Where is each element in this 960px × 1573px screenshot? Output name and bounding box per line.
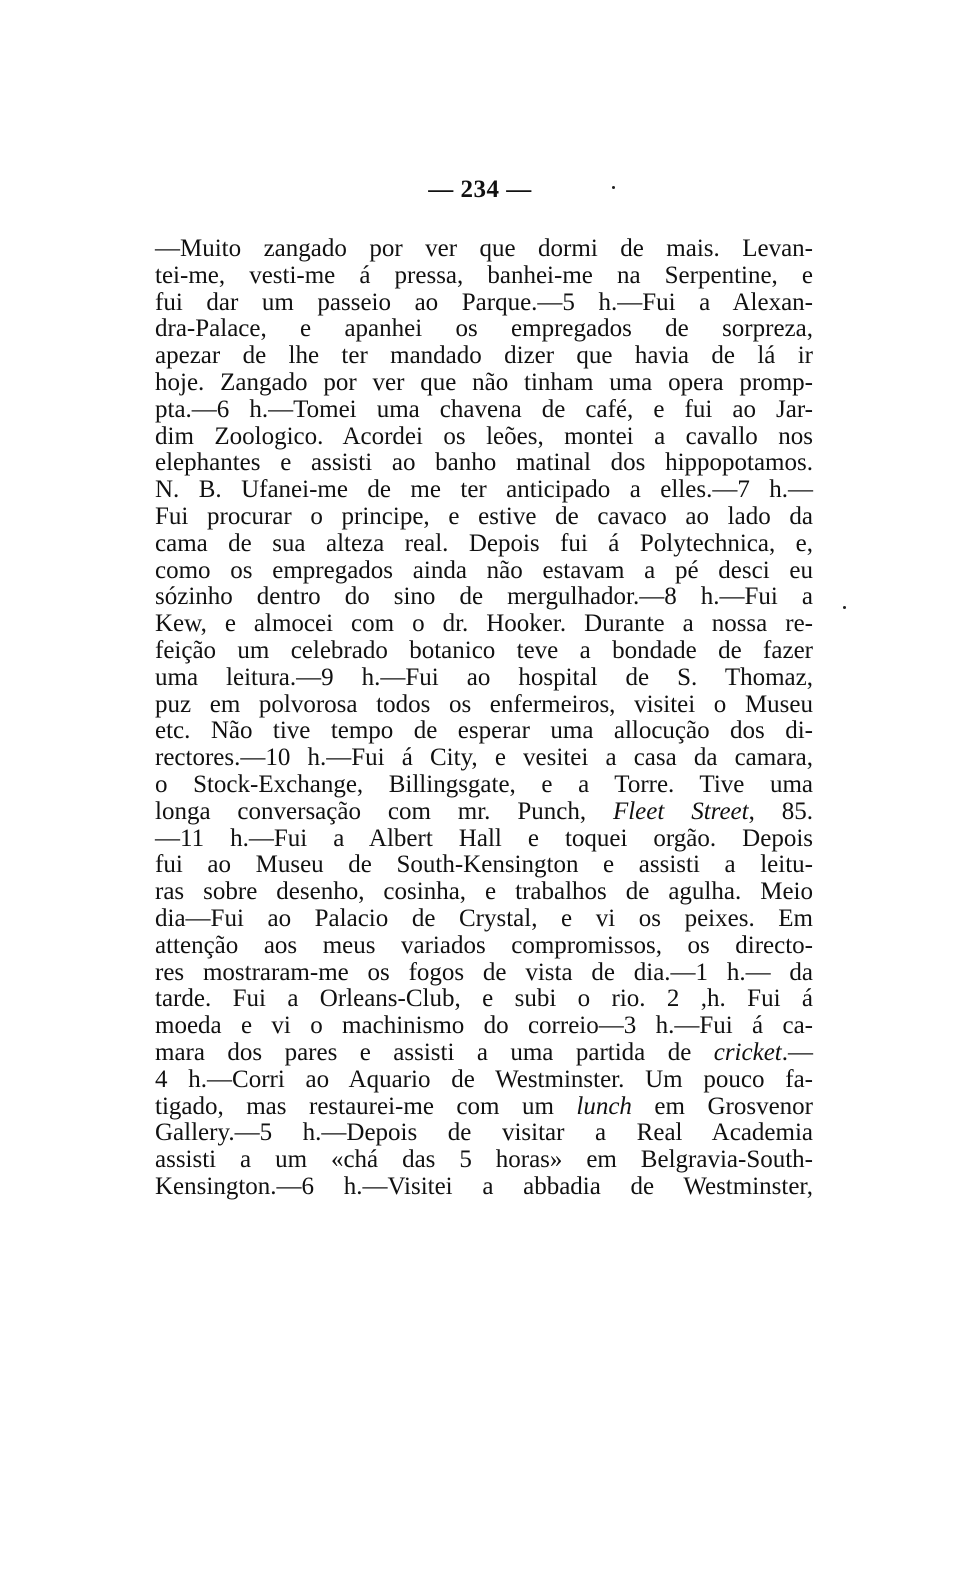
page-number: — 234 — (0, 176, 960, 204)
text-line: apezar de lhe ter mandado dizer que havi… (155, 343, 813, 370)
text-line: como os empregados ainda não estavam a p… (155, 558, 813, 585)
ink-speck (612, 186, 615, 189)
text-line: rectores.—10 h.—Fui á City, e vesitei a … (155, 745, 813, 772)
text-line: feição um celebrado botanico teve a bond… (155, 638, 813, 665)
text-line: dia—Fui ao Palacio de Crystal, e vi os p… (155, 906, 813, 933)
text-line: dim Zoologico. Acordei os leões, montei … (155, 424, 813, 451)
text-line: hoje. Zangado por ver que não tinham uma… (155, 370, 813, 397)
text-line: Gallery.—5 h.—Depois de visitar a Real A… (155, 1120, 813, 1147)
text-line: Kensington.—6 h.—Visitei a abbadia de We… (155, 1174, 813, 1201)
text-line: elephantes e assisti ao banho matinal do… (155, 450, 813, 477)
italic-term: lunch (576, 1093, 632, 1120)
text-line: moeda e vi o machinismo do correio—3 h.—… (155, 1013, 813, 1040)
text-line: —Muito zangado por ver que dormi de mais… (155, 236, 813, 263)
text-line: tigado, mas restaurei-me com um lunch em… (155, 1094, 813, 1121)
italic-term: Fleet Street (613, 798, 749, 825)
book-page: — 234 — —Muito zangado por ver que dormi… (0, 0, 960, 1573)
text-line: Kew, e almocei com o dr. Hooker. Durante… (155, 611, 813, 638)
text-line: cama de sua alteza real. Depois fui á Po… (155, 531, 813, 558)
text-line: —11 h.—Fui a Albert Hall e toquei orgão.… (155, 826, 813, 853)
text-line: tarde. Fui a Orleans-Club, e subi o rio.… (155, 986, 813, 1013)
text-line: fui dar um passeio ao Parque.—5 h.—Fui a… (155, 290, 813, 317)
text-line: Fui procurar o principe, e estive de cav… (155, 504, 813, 531)
text-line: attenção aos meus variados compromissos,… (155, 933, 813, 960)
text-line: 4 h.—Corri ao Aquario de Westminster. Um… (155, 1067, 813, 1094)
text-line: uma leitura.—9 h.—Fui ao hospital de S. … (155, 665, 813, 692)
text-line: dra-Palace, e apanhei os empregados de s… (155, 316, 813, 343)
text-line: longa conversação com mr. Punch, Fleet S… (155, 799, 813, 826)
ink-speck (843, 606, 846, 609)
text-line: N. B. Ufanei-me de me ter anticipado a e… (155, 477, 813, 504)
text-line: fui ao Museu de South-Kensington e assis… (155, 852, 813, 879)
text-line: mara dos pares e assisti a uma partida d… (155, 1040, 813, 1067)
text-line: ras sobre desenho, cosinha, e trabalhos … (155, 879, 813, 906)
text-line: puz em polvorosa todos os enfermeiros, v… (155, 692, 813, 719)
text-line: sózinho dentro do sino de mergulhador.—8… (155, 584, 813, 611)
text-line: pta.—6 h.—Tomei uma chavena de café, e f… (155, 397, 813, 424)
text-line: o Stock-Exchange, Billingsgate, e a Torr… (155, 772, 813, 799)
italic-term: cricket (714, 1039, 782, 1066)
body-text: —Muito zangado por ver que dormi de mais… (155, 236, 813, 1201)
text-line: tei-me, vesti-me á pressa, banhei-me na … (155, 263, 813, 290)
text-line: etc. Não tive tempo de esperar uma alloc… (155, 718, 813, 745)
text-line: res mostraram-me os fogos de vista de di… (155, 960, 813, 987)
text-line: assisti a um «chá das 5 horas» em Belgra… (155, 1147, 813, 1174)
